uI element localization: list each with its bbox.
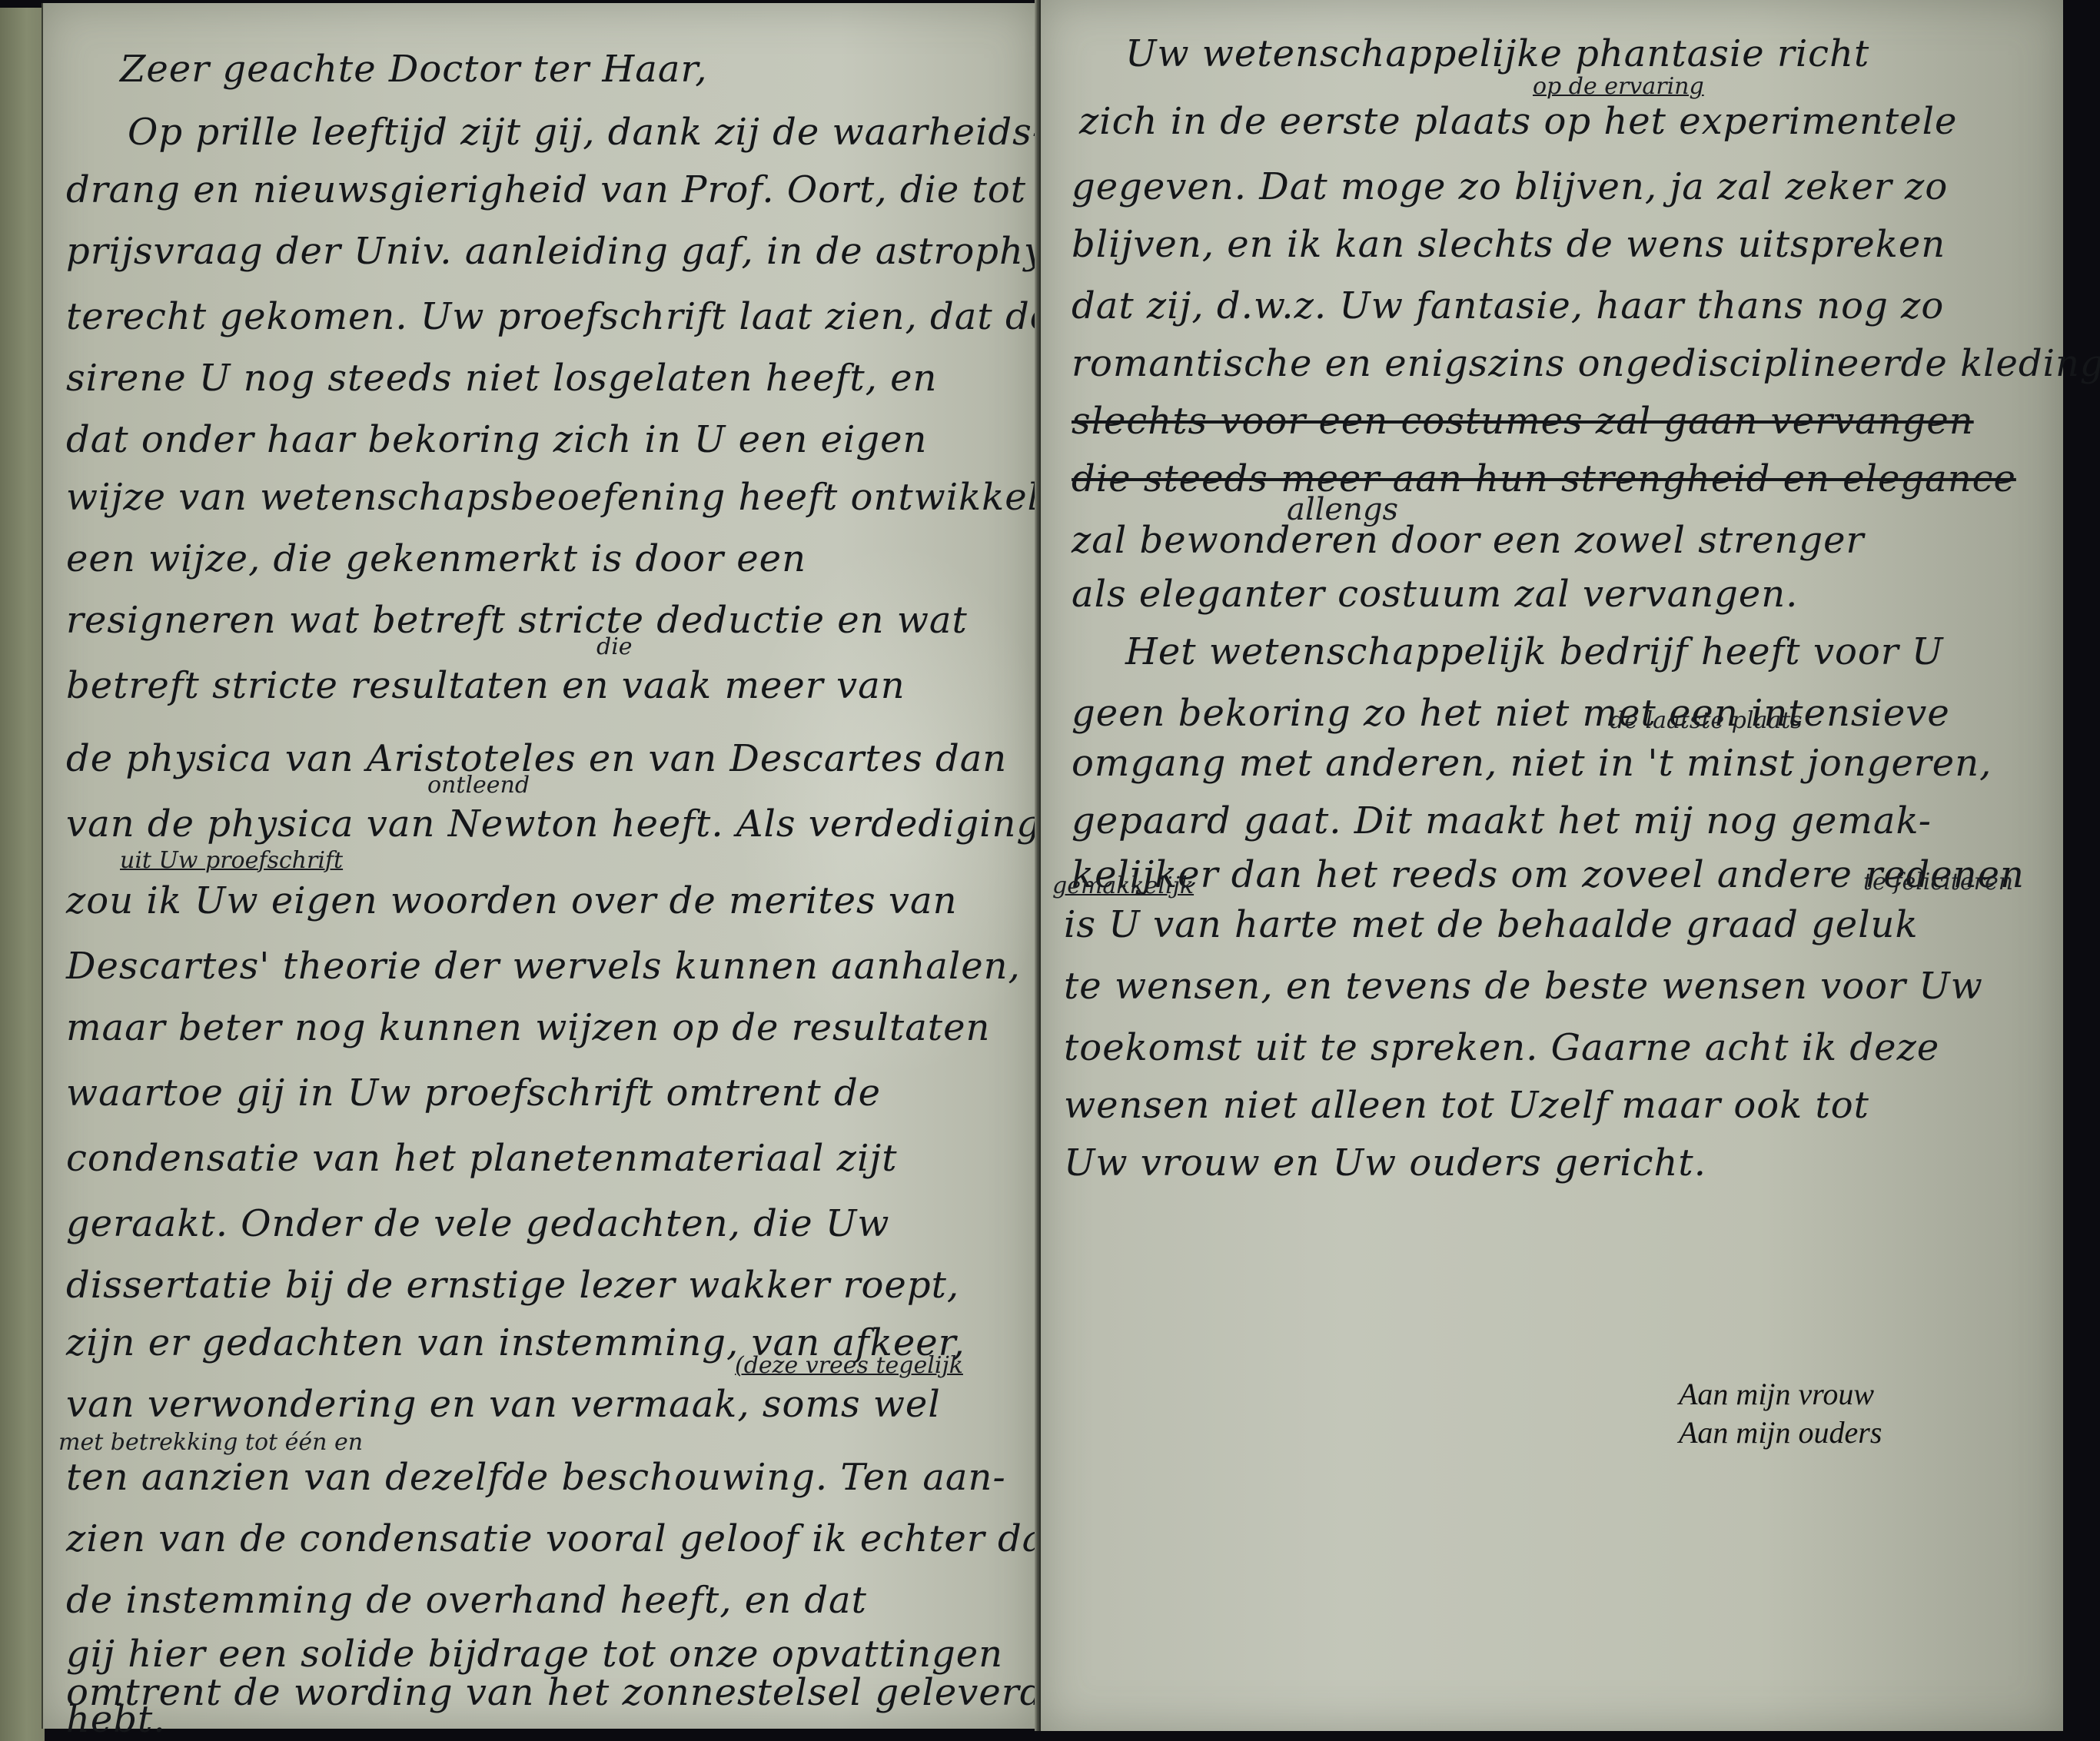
letter-line: omgang met anderen, niet in 't minst jon…: [1072, 742, 1992, 785]
letter-line: een wijze, die gekenmerkt is door een: [66, 537, 806, 580]
letter-line: Uw wetenschappelijke phantasie richt: [1125, 32, 1869, 75]
insertion: uit Uw proefschrift: [120, 847, 343, 874]
insertion: die: [596, 633, 633, 660]
insertion: gemakkelijk: [1052, 872, 1194, 899]
letter-line: wensen niet alleen tot Uzelf maar ook to…: [1064, 1084, 1869, 1127]
letter-line: sirene U nog steeds niet losgelaten heef…: [66, 357, 937, 400]
letter-line: drang en nieuwsgierigheid van Prof. Oort…: [66, 168, 1108, 211]
struck-line: slechts voor een costumes zal gaan verva…: [1072, 400, 1974, 443]
letter-line: als eleganter costuum zal vervangen.: [1072, 573, 1798, 616]
book-spread: Zeer geachte Doctor ter Haar, Op prille …: [0, 0, 2100, 1741]
letter-line: omtrent de wording van het zonnestelsel …: [66, 1671, 1044, 1714]
letter-line: maar beter nog kunnen wijzen op de resul…: [66, 1006, 990, 1049]
letter-line: gepaard gaat. Dit maakt het mij nog gema…: [1072, 799, 1932, 842]
letter-line: de physica van Aristoteles en van Descar…: [66, 737, 1007, 780]
letter-line: Descartes' theorie der wervels kunnen aa…: [66, 945, 1021, 988]
letter-line: resigneren wat betreft stricte deductie …: [66, 599, 968, 642]
letter-line: toekomst uit te spreken. Gaarne acht ik …: [1064, 1026, 1939, 1069]
letter-line: zich in de eerste plaats op het experime…: [1079, 100, 1957, 143]
letter-line: waartoe gij in Uw proefschrift omtrent d…: [66, 1072, 881, 1115]
struck-line: die steeds meer aan hun strengheid en el…: [1072, 457, 2016, 500]
letter-line: hebt.: [66, 1698, 166, 1741]
insertion: (deze vrees tegelijk: [735, 1352, 963, 1379]
letter-line: romantische en enigszins ongedisciplinee…: [1072, 342, 2100, 385]
insertion: de laatste plaats: [1610, 707, 1803, 734]
book-cover-edge: [0, 8, 45, 1741]
letter-line: prijsvraag der Univ. aanleiding gaf, in …: [66, 230, 1122, 273]
left-page: Zeer geachte Doctor ter Haar, Op prille …: [42, 3, 1039, 1729]
letter-line: de instemming de overhand heeft, en dat: [66, 1579, 867, 1622]
letter-line: te wensen, en tevens de beste wensen voo…: [1064, 965, 1983, 1008]
dedication-line: Aan mijn ouders: [1679, 1414, 1882, 1450]
letter-line: ten aanzien van dezelfde beschouwing. Te…: [66, 1456, 1006, 1499]
letter-line: dissertatie bij de ernstige lezer wakker…: [66, 1264, 959, 1307]
letter-line: Uw vrouw en Uw ouders gericht.: [1064, 1141, 1706, 1184]
letter-line: Het wetenschappelijk bedrijf heeft voor …: [1125, 630, 1943, 673]
letter-line: geen bekoring zo het niet met een intens…: [1072, 692, 1950, 735]
insertion: op de ervaring: [1533, 73, 1704, 100]
letter-line: gij hier een solide bijdrage tot onze op…: [66, 1633, 1003, 1676]
letter-line: zou ik Uw eigen woorden over de merites …: [66, 879, 958, 922]
letter-line: condensatie van het planetenmateriaal zi…: [66, 1137, 897, 1180]
letter-line: van de physica van Newton heeft. Als ver…: [66, 802, 1041, 846]
letter-line: terecht gekomen. Uw proefschrift laat zi…: [66, 295, 1095, 338]
right-page: Uw wetenschappelijke phantasie richt op …: [1039, 0, 2063, 1731]
dedication-line: Aan mijn vrouw: [1679, 1376, 1874, 1412]
letter-line: geraakt. Onder de vele gedachten, die Uw: [66, 1202, 889, 1245]
letter-line: dat onder haar bekoring zich in U een ei…: [66, 418, 927, 461]
letter-line: gegeven. Dat moge zo blijven, ja zal zek…: [1072, 165, 1948, 208]
letter-line: Op prille leeftijd zijt gij, dank zij de…: [128, 111, 1045, 154]
insertion: te feliciteren: [1863, 869, 2013, 895]
letter-line: dat zij, d.w.z. Uw fantasie, haar thans …: [1072, 284, 1944, 327]
insertion: ontleend: [427, 772, 530, 799]
letter-line: zien van de condensatie vooral geloof ik…: [66, 1517, 1061, 1560]
letter-line: van verwondering en van vermaak, soms we…: [66, 1383, 941, 1426]
insertion: met betrekking tot één en: [58, 1429, 363, 1456]
letter-line: is U van harte met de behaalde graad gel…: [1064, 903, 1919, 946]
letter-line: zal bewonderen door een zowel strenger: [1072, 519, 1864, 562]
salutation: Zeer geachte Doctor ter Haar,: [120, 48, 707, 91]
letter-line: betreft stricte resultaten en vaak meer …: [66, 664, 905, 707]
letter-line: wijze van wetenschapsbeoefening heeft on…: [66, 476, 1077, 519]
letter-line: blijven, en ik kan slechts de wens uitsp…: [1072, 223, 1945, 266]
